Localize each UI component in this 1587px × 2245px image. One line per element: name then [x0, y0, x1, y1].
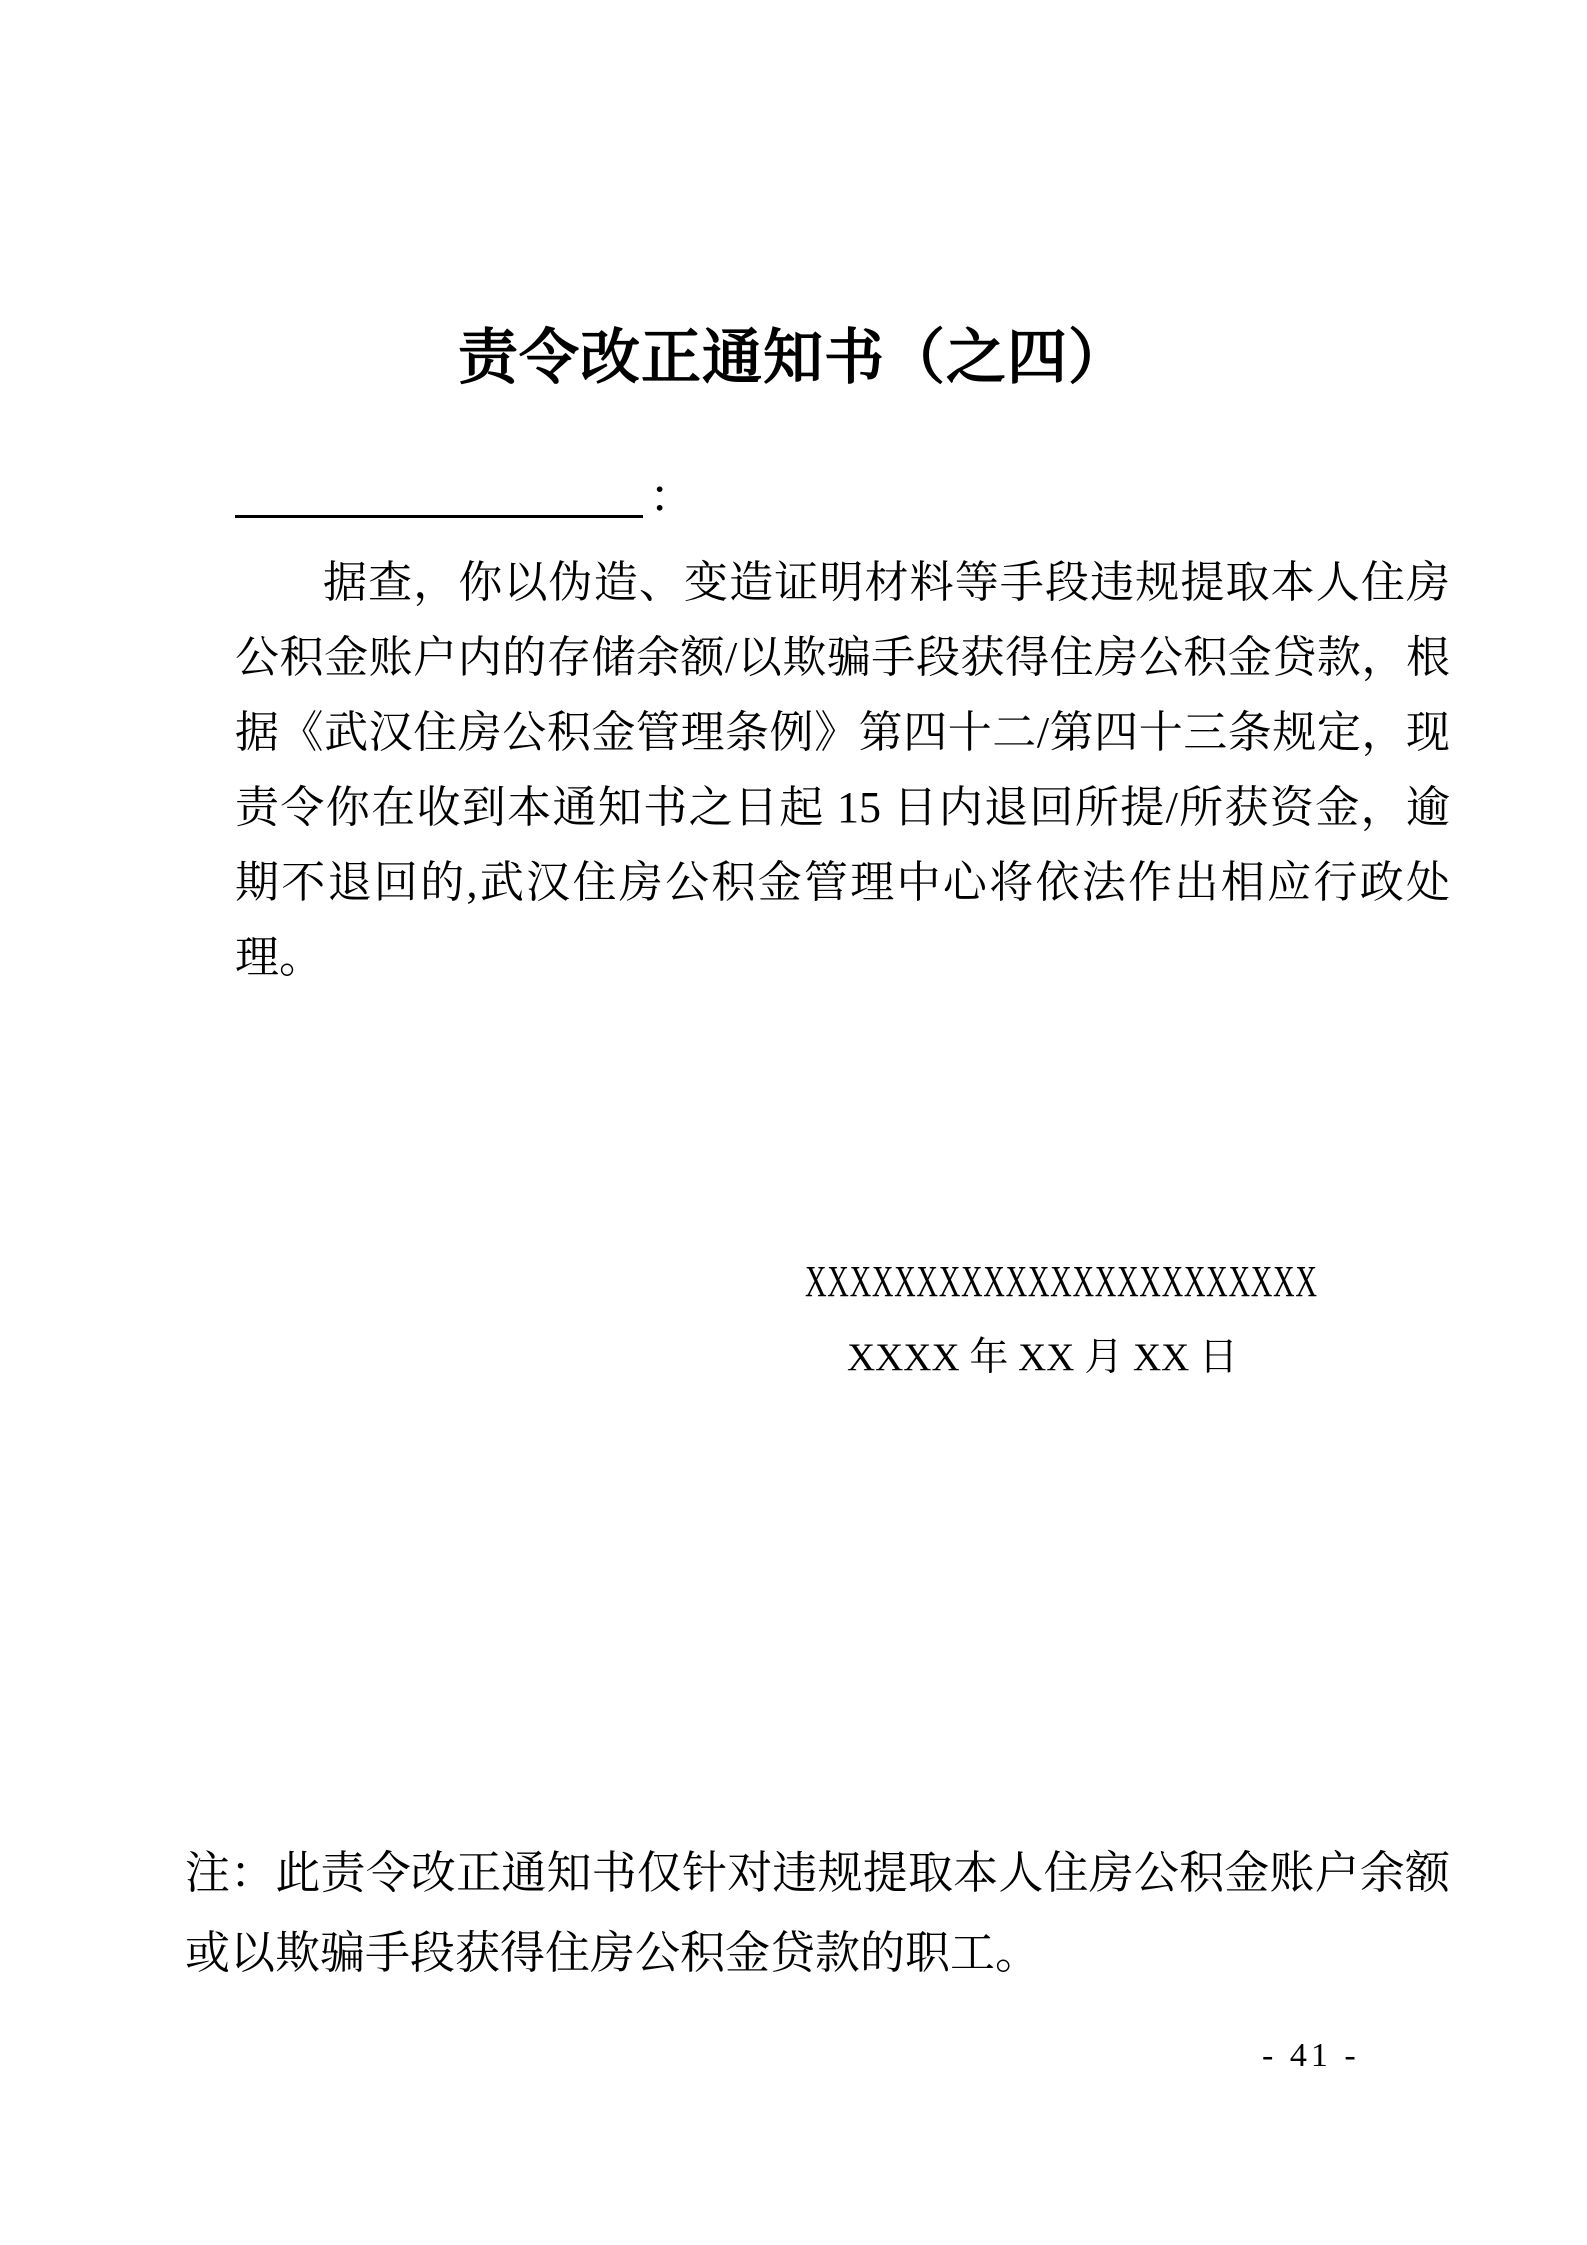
salutation-colon: ：: [649, 474, 695, 520]
body-paragraph: 据查，你以伪造、变造证明材料等手段违规提取本人住房 公积金账户内的存储余额/以欺…: [235, 545, 1450, 995]
issue-date-placeholder: XXXX 年 XX 月 XX 日: [805, 1336, 1280, 1380]
salutation-line: ：: [235, 468, 695, 518]
body-line-3: 据《武汉住房公积金管理条例》第四十二/第四十三条规定，现: [235, 695, 1450, 770]
document-page: 责令改正通知书（之四） ： 据查，你以伪造、变造证明材料等手段违规提取本人住房 …: [0, 0, 1587, 2245]
page-number: - 41 -: [1262, 2036, 1360, 2076]
recipient-name-blank-underline: [235, 475, 643, 518]
signature-block: XXXXXXXXXXXXXXXXXXXXXXX XXXX 年 XX 月 XX 日: [805, 1258, 1280, 1380]
footnote: 注：此责令改正通知书仅针对违规提取本人住房公积金账户余额 或以欺骗手段获得住房公…: [185, 1833, 1450, 1993]
body-line-2: 公积金账户内的存储余额/以欺骗手段获得住房公积金贷款，根: [235, 620, 1450, 695]
footnote-line-1: 注：此责令改正通知书仅针对违规提取本人住房公积金账户余额: [185, 1833, 1450, 1913]
body-line-5: 期不退回的,武汉住房公积金管理中心将依法作出相应行政处: [235, 845, 1450, 920]
body-line-1: 据查，你以伪造、变造证明材料等手段违规提取本人住房: [235, 545, 1450, 620]
body-line-4: 责令你在收到本通知书之日起 15 日内退回所提/所获资金，逾: [235, 770, 1450, 845]
footnote-line-2: 或以欺骗手段获得住房公积金贷款的职工。: [185, 1913, 1450, 1993]
issuer-name-placeholder: XXXXXXXXXXXXXXXXXXXXXXX: [805, 1258, 1318, 1306]
body-line-6: 理。: [235, 920, 1450, 995]
page-title: 责令改正通知书（之四）: [0, 324, 1587, 392]
